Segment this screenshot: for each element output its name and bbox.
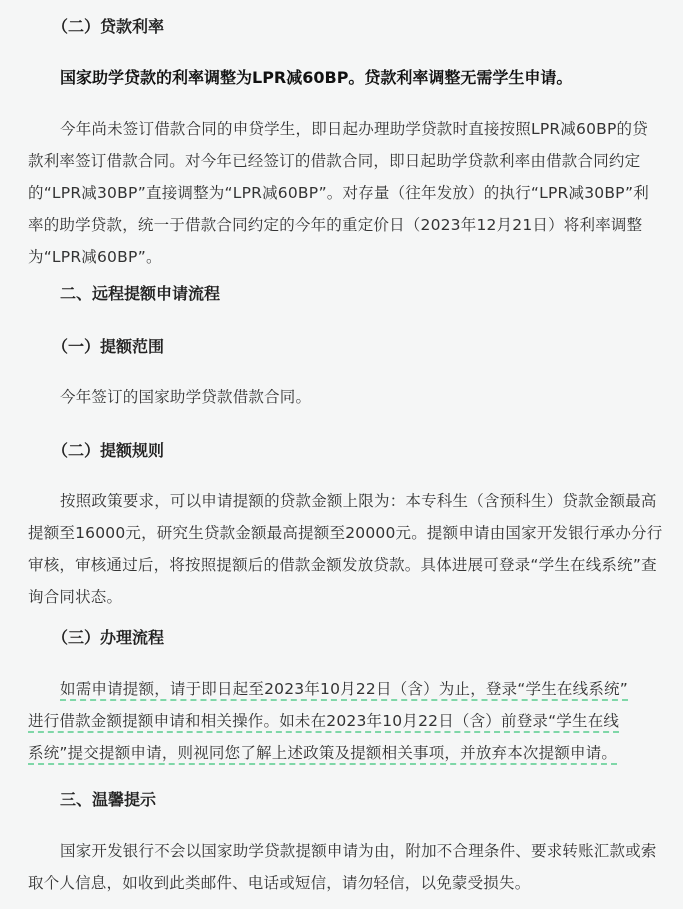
article-page: （二）贷款利率 国家助学贷款的利率调整为LPR减60BP。贷款利率调整无需学生申…: [0, 0, 683, 909]
heading-scope: （一）提额范围: [0, 336, 683, 358]
rules-paragraph: 按照政策要求，可以申请提额的贷款金额上限为：本专科生（含预科生）贷款金额最高提额…: [0, 485, 683, 613]
heading-steps: （三）办理流程: [0, 627, 683, 649]
steps-line-2[interactable]: 进行借款金额提额申请和相关操作。如未在2023年10月22日（含）前登录“学生在…: [28, 712, 619, 733]
heading-tips: 三、温馨提示: [0, 789, 683, 811]
heading-loan-rate: （二）贷款利率: [0, 16, 683, 38]
rate-emphasis-text: 国家助学贷款的利率调整为LPR减60BP。贷款利率调整无需学生申请。: [0, 67, 683, 89]
rate-paragraph: 今年尚未签订借款合同的申贷学生，即日起办理助学贷款时直接按照LPR减60BP的贷…: [0, 113, 683, 273]
steps-line-3[interactable]: 系统”提交提额申请，则视同您了解上述政策及提额相关事项，并放弃本次提额申请。: [28, 744, 617, 765]
scope-paragraph: 今年签订的国家助学贷款借款合同。: [0, 381, 683, 413]
tips-paragraph: 国家开发银行不会以国家助学贷款提额申请为由，附加不合理条件、要求转账汇款或索取个…: [0, 835, 683, 899]
heading-remote-process: 二、远程提额申请流程: [0, 283, 683, 305]
heading-rules: （二）提额规则: [0, 440, 683, 462]
steps-line-1[interactable]: 如需申请提额，请于即日起至2023年10月22日（含）为止，登录“学生在线系统”: [60, 680, 628, 701]
steps-paragraph[interactable]: 如需申请提额，请于即日起至2023年10月22日（含）为止，登录“学生在线系统”…: [0, 673, 683, 769]
